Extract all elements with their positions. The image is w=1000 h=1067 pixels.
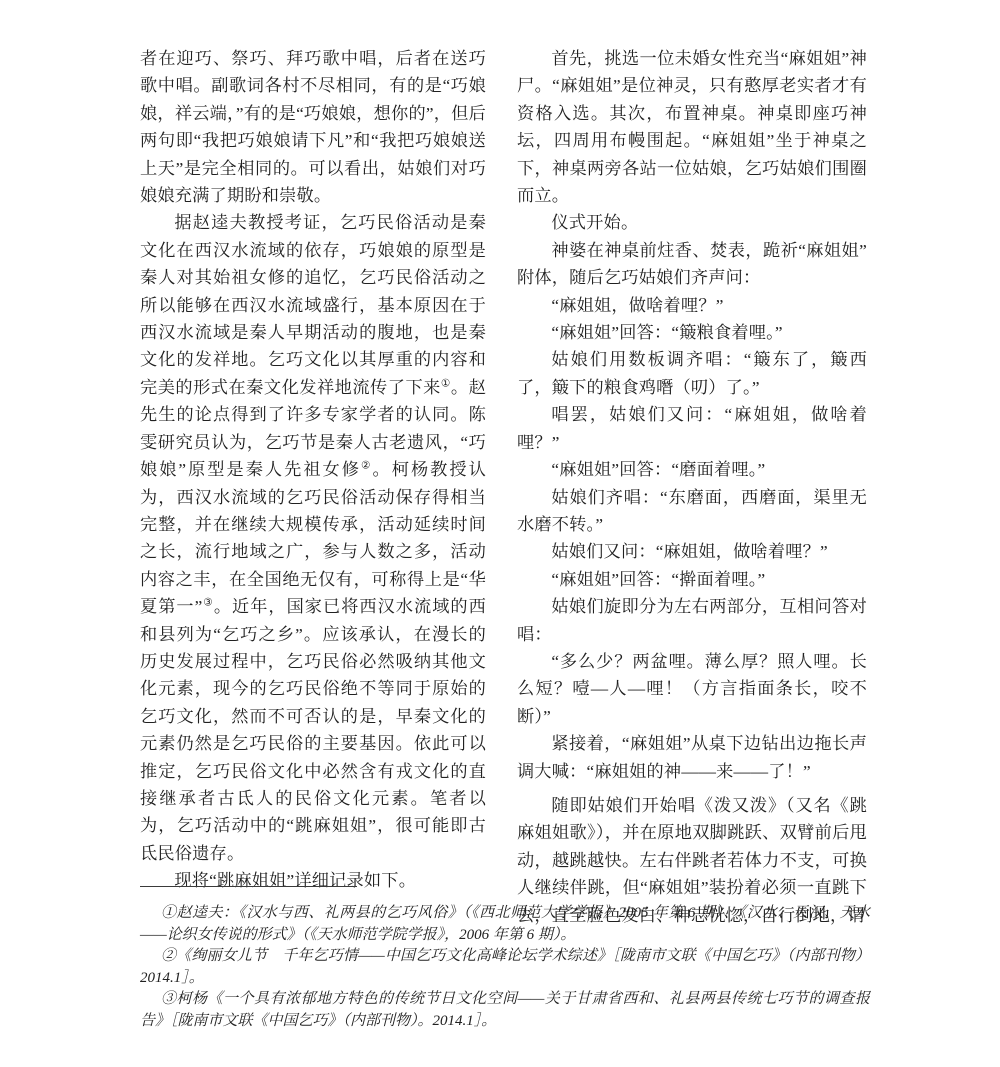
left-column: 者在迎巧、祭巧、拜巧歌中唱，后者在送巧歌中唱。副歌词各村不尽相同，有的是“巧娘娘…: [140, 45, 486, 895]
footnote-ref: ②: [361, 460, 373, 471]
paragraph: “多么少？两盆哩。薄么厚？照人哩。长么短？噎—人—哩！（方言指面条长，咬不断）”: [517, 648, 867, 730]
paragraph: 唱罢，姑娘们又问：“麻姐姐，做啥着哩？”: [517, 401, 867, 456]
paragraph: “麻姐姐”回答：“擀面着哩。”: [517, 566, 867, 593]
paragraph: 仪式开始。: [517, 209, 867, 236]
paragraph: 紧接着，“麻姐姐”从桌下边钻出边拖长声调大喊：“麻姐姐的神——来——了！”: [517, 730, 867, 785]
footnotes: ①赵逵夫：《汉水与西、礼两县的乞巧风俗》（《西北师范大学学报》2005 年第 6…: [140, 903, 870, 1032]
footnote-ref: ①: [441, 378, 451, 389]
paragraph: 神婆在神桌前炷香、焚表，跪祈“麻姐姐”附体，随后乞巧姑娘们齐声问：: [517, 237, 867, 292]
paragraph: 者在迎巧、祭巧、拜巧歌中唱，后者在送巧歌中唱。副歌词各村不尽相同，有的是“巧娘娘…: [140, 45, 486, 209]
paragraph: “麻姐姐，做啥着哩？”: [517, 292, 867, 319]
page: 者在迎巧、祭巧、拜巧歌中唱，后者在送巧歌中唱。副歌词各村不尽相同，有的是“巧娘娘…: [0, 0, 1000, 1067]
paragraph: 姑娘们又问：“麻姐姐，做啥着哩？”: [517, 538, 867, 565]
paragraph: 姑娘们齐唱：“东磨面，西磨面，渠里无水磨不转。”: [517, 484, 867, 539]
paragraph: “麻姐姐”回答：“磨面着哩。”: [517, 456, 867, 483]
paragraph: 姑娘们用数板调齐唱：“簸东了，簸西了，簸下的粮食鸡噆（叨）了。”: [517, 346, 867, 401]
paragraph: “麻姐姐”回答：“簸粮食着哩。”: [517, 319, 867, 346]
footnote-item: ③柯杨《一个具有浓郁地方特色的传统节日文化空间——关于甘肃省西和、礼县两县传统七…: [140, 989, 870, 1032]
right-column: 首先，挑选一位未婚女性充当“麻姐姐”神尸。“麻姐姐”是位神灵，只有憨厚老实者才有…: [517, 45, 867, 929]
paragraph: 现将“跳麻姐姐”详细记录如下。: [140, 867, 486, 894]
paragraph: 姑娘们旋即分为左右两部分，互相问答对唱：: [517, 593, 867, 648]
paragraph: 首先，挑选一位未婚女性充当“麻姐姐”神尸。“麻姐姐”是位神灵，只有憨厚老实者才有…: [517, 45, 867, 209]
paragraph: 据赵逵夫教授考证，乞巧民俗活动是秦文化在西汉水流域的依存，巧娘娘的原型是秦人对其…: [140, 209, 486, 867]
footnote-item: ①赵逵夫：《汉水与西、礼两县的乞巧风俗》（《西北师范大学学报》2005 年第 6…: [140, 903, 870, 946]
footnote-separator: [140, 886, 357, 887]
footnote-ref: ③: [202, 597, 213, 608]
footnote-item: ②《绚丽女儿节 千年乞巧情——中国乞巧文化高峰论坛学术综述》［陇南市文联《中国乞…: [140, 946, 870, 989]
